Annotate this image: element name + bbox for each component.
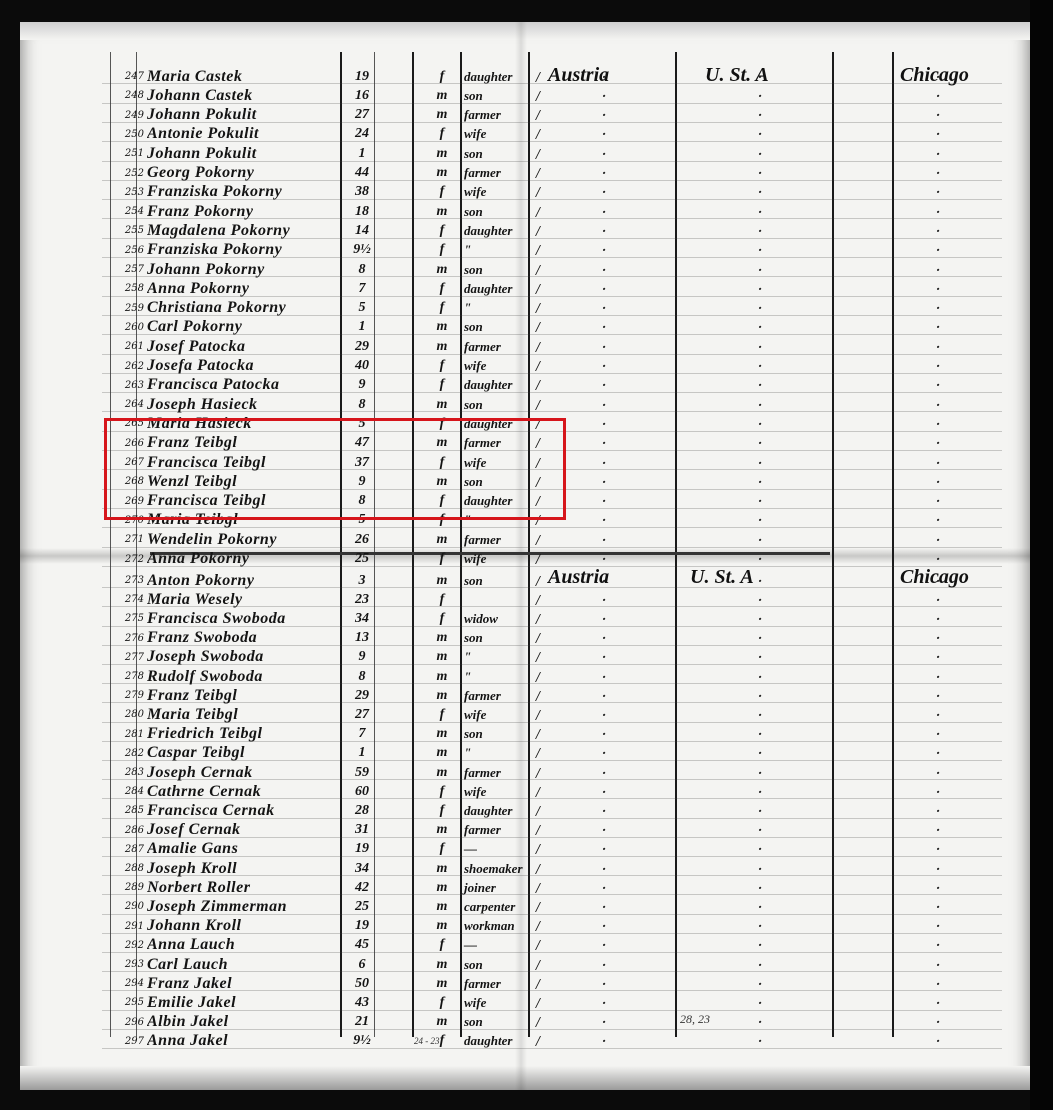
passenger-name: Johann Kroll: [147, 917, 343, 935]
passenger-sex: m: [424, 918, 460, 934]
ditto-mark: ·: [758, 842, 762, 856]
ditto-mark: ·: [936, 398, 940, 412]
passenger-age: 23: [342, 592, 382, 608]
ditto-mark: ·: [602, 398, 606, 412]
row-number: 250: [104, 129, 147, 140]
ditto-mark: ·: [602, 108, 606, 122]
passenger-age: 18: [342, 204, 382, 220]
ditto-mark: ·: [602, 938, 606, 952]
passenger-sex: m: [424, 573, 460, 589]
ditto-mark: ·: [602, 1015, 606, 1029]
passenger-age: 28: [342, 803, 382, 819]
check-mark: /: [536, 958, 540, 972]
passenger-occupation: joiner: [464, 880, 534, 896]
ditto-mark: ·: [758, 185, 762, 199]
passenger-sex: f: [424, 784, 460, 800]
row-number: 292: [104, 940, 147, 951]
passenger-occupation: —: [464, 937, 534, 953]
passenger-sex: f: [424, 707, 460, 723]
passenger-name: Josef Cernak: [147, 821, 343, 839]
ditto-mark: ·: [602, 766, 606, 780]
check-mark: /: [536, 70, 540, 84]
ditto-mark: ·: [758, 513, 762, 527]
row-number: 280: [104, 709, 147, 720]
manifest-row: 275Francisca Swoboda34fwidow/···: [104, 608, 1004, 629]
passenger-age: 14: [342, 223, 382, 239]
ditto-mark: ·: [758, 574, 762, 588]
ditto-mark: ·: [758, 127, 762, 141]
row-number: 286: [104, 825, 147, 836]
row-number: 278: [104, 671, 147, 682]
manifest-row: 290Joseph Zimmerman25mcarpenter/···: [104, 896, 1004, 917]
ditto-mark: ·: [758, 958, 762, 972]
passenger-occupation: —: [464, 841, 534, 857]
check-mark: /: [536, 205, 540, 219]
ditto-mark: ·: [936, 456, 940, 470]
check-mark: /: [536, 708, 540, 722]
ditto-mark: ·: [758, 785, 762, 799]
check-mark: /: [536, 574, 540, 588]
ditto-mark: ·: [602, 533, 606, 547]
passenger-occupation: daughter: [464, 223, 534, 239]
ditto-mark: ·: [758, 147, 762, 161]
ditto-mark: ·: [758, 938, 762, 952]
row-number: 293: [104, 959, 147, 970]
check-mark: /: [536, 746, 540, 760]
row-number: 255: [104, 225, 147, 236]
row-number: 297: [104, 1036, 147, 1047]
ditto-mark: ·: [602, 631, 606, 645]
ditto-mark: ·: [936, 340, 940, 354]
ditto-mark: ·: [602, 359, 606, 373]
ditto-mark: ·: [758, 746, 762, 760]
manifest-row: 251Johann Pokulit1mson/···: [104, 143, 1004, 164]
ditto-mark: ·: [936, 823, 940, 837]
ditto-mark: ·: [602, 456, 606, 470]
manifest-row: 260Carl Pokorny1mson/···: [104, 317, 1004, 338]
ditto-mark: ·: [602, 996, 606, 1010]
passenger-sex: m: [424, 165, 460, 181]
ditto-mark: ·: [602, 243, 606, 257]
manifest-row: 276Franz Swoboda13mson/···: [104, 628, 1004, 649]
ditto-mark: ·: [602, 282, 606, 296]
ditto-mark: ·: [758, 89, 762, 103]
passenger-occupation: wife: [464, 995, 534, 1011]
passenger-name: Anna Pokorny: [147, 550, 343, 568]
ditto-mark: ·: [602, 185, 606, 199]
ditto-mark: ·: [936, 727, 940, 741]
passenger-age: 34: [342, 861, 382, 877]
row-number: 283: [104, 767, 147, 778]
check-mark: /: [536, 1015, 540, 1029]
ditto-mark: ·: [758, 977, 762, 991]
ditto-mark: ·: [936, 224, 940, 238]
passenger-name: Franziska Pokorny: [147, 241, 343, 259]
passenger-occupation: son: [464, 726, 534, 742]
passenger-age: 34: [342, 611, 382, 627]
passenger-sex: m: [424, 880, 460, 896]
ditto-mark: ·: [936, 166, 940, 180]
check-mark: /: [536, 670, 540, 684]
manifest-row: 294Franz Jakel50mfarmer/···: [104, 973, 1004, 994]
passenger-occupation: daughter: [464, 377, 534, 393]
passenger-sex: m: [424, 765, 460, 781]
passenger-age: 8: [342, 669, 382, 685]
check-mark: /: [536, 631, 540, 645]
row-number: 274: [104, 594, 147, 605]
passenger-name: Franziska Pokorny: [147, 183, 343, 201]
passenger-age: 29: [342, 339, 382, 355]
row-number: 288: [104, 863, 147, 874]
passenger-name: Emilie Jakel: [147, 994, 343, 1012]
ditto-mark: ·: [936, 708, 940, 722]
passenger-sex: f: [424, 358, 460, 374]
ditto-mark: ·: [936, 108, 940, 122]
passenger-sex: m: [424, 976, 460, 992]
check-mark: /: [536, 224, 540, 238]
check-mark: /: [536, 147, 540, 161]
row-number: 271: [104, 534, 147, 545]
ditto-mark: ·: [936, 631, 940, 645]
check-mark: /: [536, 900, 540, 914]
ditto-mark: ·: [602, 1034, 606, 1048]
passenger-occupation: farmer: [464, 165, 534, 181]
ditto-mark: ·: [602, 127, 606, 141]
ditto-mark: ·: [602, 862, 606, 876]
passenger-sex: m: [424, 319, 460, 335]
row-number: 284: [104, 786, 147, 797]
manifest-row: 282Caspar Teibgl1m"/···: [104, 743, 1004, 764]
check-mark: /: [536, 804, 540, 818]
manifest-row: 288Joseph Kroll34mshoemaker/···: [104, 858, 1004, 879]
row-number: 251: [104, 148, 147, 159]
manifest-row: 279Franz Teibgl29mfarmer/···: [104, 685, 1004, 706]
ditto-mark: ·: [602, 823, 606, 837]
check-mark: /: [536, 766, 540, 780]
manifest-row: 257Johann Pokorny8mson/···: [104, 259, 1004, 280]
ditto-mark: ·: [936, 785, 940, 799]
ditto-mark: ·: [936, 436, 940, 450]
passenger-age: 59: [342, 765, 382, 781]
passenger-occupation: wife: [464, 707, 534, 723]
check-mark: /: [536, 378, 540, 392]
row-number: 249: [104, 110, 147, 121]
check-mark: /: [536, 108, 540, 122]
ditto-mark: ·: [936, 650, 940, 664]
manifest-row: 250Antonie Pokulit24fwife/···: [104, 124, 1004, 145]
passenger-age: 26: [342, 532, 382, 548]
passenger-sex: f: [424, 551, 460, 567]
passenger-name: Josef Patocka: [147, 338, 343, 356]
check-mark: /: [536, 1034, 540, 1048]
passenger-name: Franz Pokorny: [147, 203, 343, 221]
check-mark: /: [536, 689, 540, 703]
ditto-mark: ·: [602, 436, 606, 450]
check-mark: /: [536, 166, 540, 180]
sex-tally-note: 24 - 23: [414, 1036, 440, 1046]
ditto-mark: ·: [936, 746, 940, 760]
ditto-mark: ·: [936, 977, 940, 991]
passenger-name: Maria Teibgl: [147, 706, 343, 724]
row-number: 262: [104, 361, 147, 372]
ditto-mark: ·: [758, 996, 762, 1010]
check-mark: /: [536, 842, 540, 856]
ditto-mark: ·: [936, 842, 940, 856]
passenger-occupation: farmer: [464, 688, 534, 704]
check-mark: /: [536, 881, 540, 895]
passenger-age: 25: [342, 899, 382, 915]
ditto-mark: ·: [758, 881, 762, 895]
passenger-age: 16: [342, 88, 382, 104]
ditto-mark: ·: [936, 533, 940, 547]
ditto-mark: ·: [602, 205, 606, 219]
ditto-mark: ·: [758, 552, 762, 566]
passenger-age: 29: [342, 688, 382, 704]
ditto-mark: ·: [758, 398, 762, 412]
ditto-mark: ·: [758, 108, 762, 122]
ditto-mark: ·: [602, 263, 606, 277]
passenger-name: Georg Pokorny: [147, 164, 343, 182]
passenger-occupation: daughter: [464, 803, 534, 819]
ditto-mark: ·: [758, 282, 762, 296]
passenger-name: Friedrich Teibgl: [147, 725, 343, 743]
passenger-sex: m: [424, 397, 460, 413]
ditto-mark: ·: [602, 320, 606, 334]
check-mark: /: [536, 727, 540, 741]
check-mark: /: [536, 533, 540, 547]
passenger-name: Carl Lauch: [147, 956, 343, 974]
passenger-age: 19: [342, 841, 382, 857]
row-number: 247: [104, 71, 147, 82]
ditto-mark: ·: [758, 243, 762, 257]
check-mark: /: [536, 320, 540, 334]
ditto-mark: ·: [936, 417, 940, 431]
passenger-occupation: farmer: [464, 822, 534, 838]
passenger-occupation: ": [464, 649, 534, 665]
passenger-sex: m: [424, 861, 460, 877]
passenger-sex: m: [424, 88, 460, 104]
row-number: 285: [104, 805, 147, 816]
row-number: 254: [104, 206, 147, 217]
passenger-sex: m: [424, 339, 460, 355]
manifest-row: 283Joseph Cernak59mfarmer/···: [104, 762, 1004, 783]
passenger-age: 31: [342, 822, 382, 838]
passenger-age: 7: [342, 281, 382, 297]
passenger-name: Joseph Cernak: [147, 764, 343, 782]
ditto-mark: ·: [936, 900, 940, 914]
ditto-mark: ·: [936, 862, 940, 876]
passenger-age: 1: [342, 146, 382, 162]
manifest-row: 281Friedrich Teibgl7mson/···: [104, 724, 1004, 745]
ditto-mark: ·: [936, 205, 940, 219]
ditto-mark: ·: [758, 900, 762, 914]
passenger-occupation: farmer: [464, 765, 534, 781]
ditto-mark: ·: [602, 650, 606, 664]
ditto-mark: ·: [758, 436, 762, 450]
ditto-mark: ·: [602, 494, 606, 508]
passenger-occupation: carpenter: [464, 899, 534, 915]
passenger-name: Anna Pokorny: [147, 280, 343, 298]
ditto-mark: ·: [758, 919, 762, 933]
passenger-sex: f: [424, 803, 460, 819]
check-mark: /: [536, 650, 540, 664]
ditto-mark: ·: [936, 938, 940, 952]
passenger-occupation: son: [464, 957, 534, 973]
manifest-row: 263Francisca Patocka9fdaughter/···: [104, 375, 1004, 396]
passenger-age: 50: [342, 976, 382, 992]
check-mark: /: [536, 340, 540, 354]
check-mark: /: [536, 263, 540, 277]
ditto-mark: ·: [602, 785, 606, 799]
passenger-occupation: ": [464, 300, 534, 316]
passenger-age: 42: [342, 880, 382, 896]
manifest-row: 295Emilie Jakel43fwife/···: [104, 992, 1004, 1013]
passenger-age: 27: [342, 107, 382, 123]
ditto-mark: ·: [602, 804, 606, 818]
ditto-mark: ·: [602, 708, 606, 722]
ditto-mark: ·: [602, 958, 606, 972]
ditto-mark: ·: [758, 456, 762, 470]
row-number: 263: [104, 380, 147, 391]
manifest-row: 254Franz Pokorny18mson/···: [104, 201, 1004, 222]
ditto-mark: ·: [758, 804, 762, 818]
highlight-box: [104, 418, 566, 520]
manifest-row: 287Amalie Gans19f—/···: [104, 839, 1004, 860]
ditto-mark: ·: [602, 919, 606, 933]
passenger-occupation: ": [464, 745, 534, 761]
ditto-mark: ·: [602, 378, 606, 392]
passenger-name: Rudolf Swoboda: [147, 668, 343, 686]
passenger-age: 6: [342, 957, 382, 973]
ditto-mark: ·: [602, 670, 606, 684]
ditto-mark: ·: [936, 89, 940, 103]
ditto-mark: ·: [602, 574, 606, 588]
passenger-sex: f: [424, 184, 460, 200]
ditto-mark: ·: [758, 224, 762, 238]
check-mark: /: [536, 127, 540, 141]
ditto-mark: ·: [758, 301, 762, 315]
row-number: 290: [104, 901, 147, 912]
passenger-sex: m: [424, 146, 460, 162]
row-number: 248: [104, 90, 147, 101]
ditto-mark: ·: [758, 320, 762, 334]
passenger-sex: m: [424, 630, 460, 646]
row-number: 275: [104, 613, 147, 624]
passenger-sex: f: [424, 937, 460, 953]
ditto-mark: ·: [758, 417, 762, 431]
ditto-mark: ·: [758, 612, 762, 626]
passenger-name: Maria Castek: [147, 68, 343, 86]
manifest-row: 280Maria Teibgl27fwife/···: [104, 704, 1004, 725]
passenger-occupation: son: [464, 88, 534, 104]
passenger-sex: m: [424, 957, 460, 973]
ditto-mark: ·: [602, 147, 606, 161]
row-number: 257: [104, 264, 147, 275]
ditto-mark: ·: [936, 958, 940, 972]
ditto-mark: ·: [936, 70, 940, 84]
passenger-occupation: son: [464, 397, 534, 413]
check-mark: /: [536, 996, 540, 1010]
passenger-name: Anton Pokorny: [147, 572, 343, 590]
check-mark: /: [536, 977, 540, 991]
ditto-mark: ·: [602, 89, 606, 103]
ditto-mark: ·: [602, 513, 606, 527]
manifest-row: 278Rudolf Swoboda8m"/···: [104, 666, 1004, 687]
ditto-mark: ·: [758, 650, 762, 664]
passenger-name: Johann Pokulit: [147, 145, 343, 163]
passenger-name: Johann Pokulit: [147, 106, 343, 124]
passenger-occupation: wife: [464, 358, 534, 374]
manifest-row: 292Anna Lauch45f—/···: [104, 935, 1004, 956]
ditto-mark: ·: [936, 494, 940, 508]
ditto-mark: ·: [602, 612, 606, 626]
passenger-name: Francisca Cernak: [147, 802, 343, 820]
check-mark: /: [536, 185, 540, 199]
ditto-mark: ·: [758, 689, 762, 703]
check-mark: /: [536, 862, 540, 876]
ditto-mark: ·: [936, 804, 940, 818]
manifest-row: 253Franziska Pokorny38fwife/···: [104, 182, 1004, 203]
passenger-occupation: son: [464, 262, 534, 278]
passenger-name: Franz Teibgl: [147, 687, 343, 705]
ditto-mark: ·: [758, 670, 762, 684]
manifest-row: 271Wendelin Pokorny26mfarmer/···: [104, 529, 1004, 550]
passenger-sex: f: [424, 281, 460, 297]
passenger-name: Carl Pokorny: [147, 318, 343, 336]
passenger-age: 1: [342, 319, 382, 335]
row-number: 276: [104, 633, 147, 644]
passenger-name: Amalie Gans: [147, 840, 343, 858]
passenger-occupation: wife: [464, 126, 534, 142]
passenger-occupation: daughter: [464, 1033, 534, 1049]
row-number: 259: [104, 303, 147, 314]
check-mark: /: [536, 282, 540, 296]
passenger-age: 27: [342, 707, 382, 723]
ditto-mark: ·: [602, 340, 606, 354]
row-number: 281: [104, 729, 147, 740]
manifest-row: 249Johann Pokulit27mfarmer/···: [104, 105, 1004, 126]
ditto-mark: ·: [936, 1034, 940, 1048]
manifest-row: 274Maria Wesely23f/···: [104, 589, 1004, 610]
row-number: 252: [104, 168, 147, 179]
passenger-name: Norbert Roller: [147, 879, 343, 897]
passenger-name: Anna Jakel: [147, 1032, 343, 1050]
ditto-mark: ·: [758, 1015, 762, 1029]
passenger-sex: m: [424, 822, 460, 838]
passenger-age: 40: [342, 358, 382, 374]
passenger-occupation: son: [464, 146, 534, 162]
check-mark: /: [536, 552, 540, 566]
passenger-sex: m: [424, 688, 460, 704]
passenger-occupation: farmer: [464, 339, 534, 355]
row-number: 258: [104, 283, 147, 294]
passenger-sex: f: [424, 223, 460, 239]
manifest-row: 273Anton Pokorny3mson/···: [104, 570, 1004, 591]
manifest-row: 272Anna Pokorny25fwife/···: [104, 549, 1004, 570]
ditto-mark: ·: [936, 1015, 940, 1029]
passenger-age: 19: [342, 69, 382, 85]
passenger-sex: m: [424, 532, 460, 548]
row-number: 291: [104, 921, 147, 932]
row-number: 277: [104, 652, 147, 663]
passenger-age: 9½: [342, 242, 382, 258]
passenger-age: 8: [342, 397, 382, 413]
ditto-mark: ·: [936, 185, 940, 199]
passenger-name: Albin Jakel: [147, 1013, 343, 1031]
ditto-mark: ·: [758, 727, 762, 741]
ditto-mark: ·: [758, 475, 762, 489]
passenger-age: 13: [342, 630, 382, 646]
